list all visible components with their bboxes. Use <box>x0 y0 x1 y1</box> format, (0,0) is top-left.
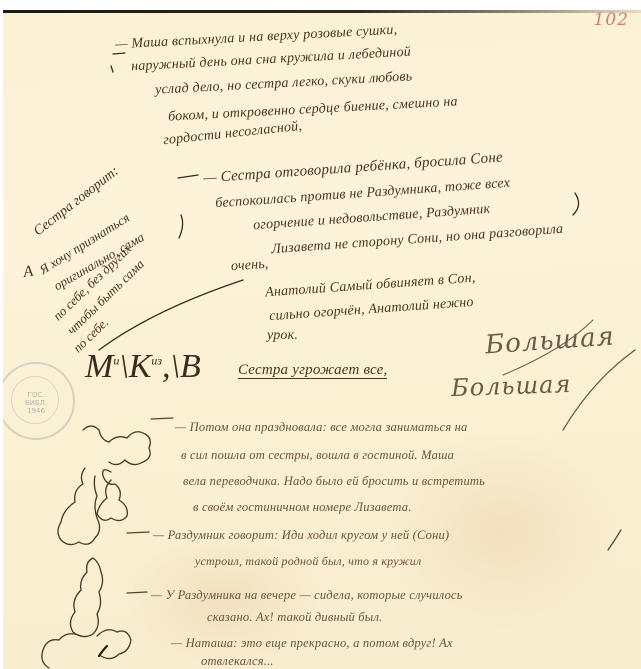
manuscript-page: 102 ГОС. БИБЛ. 1946 — Маша вспыхнула и н… <box>3 10 641 669</box>
cloud-doodle-icon <box>3 10 641 669</box>
